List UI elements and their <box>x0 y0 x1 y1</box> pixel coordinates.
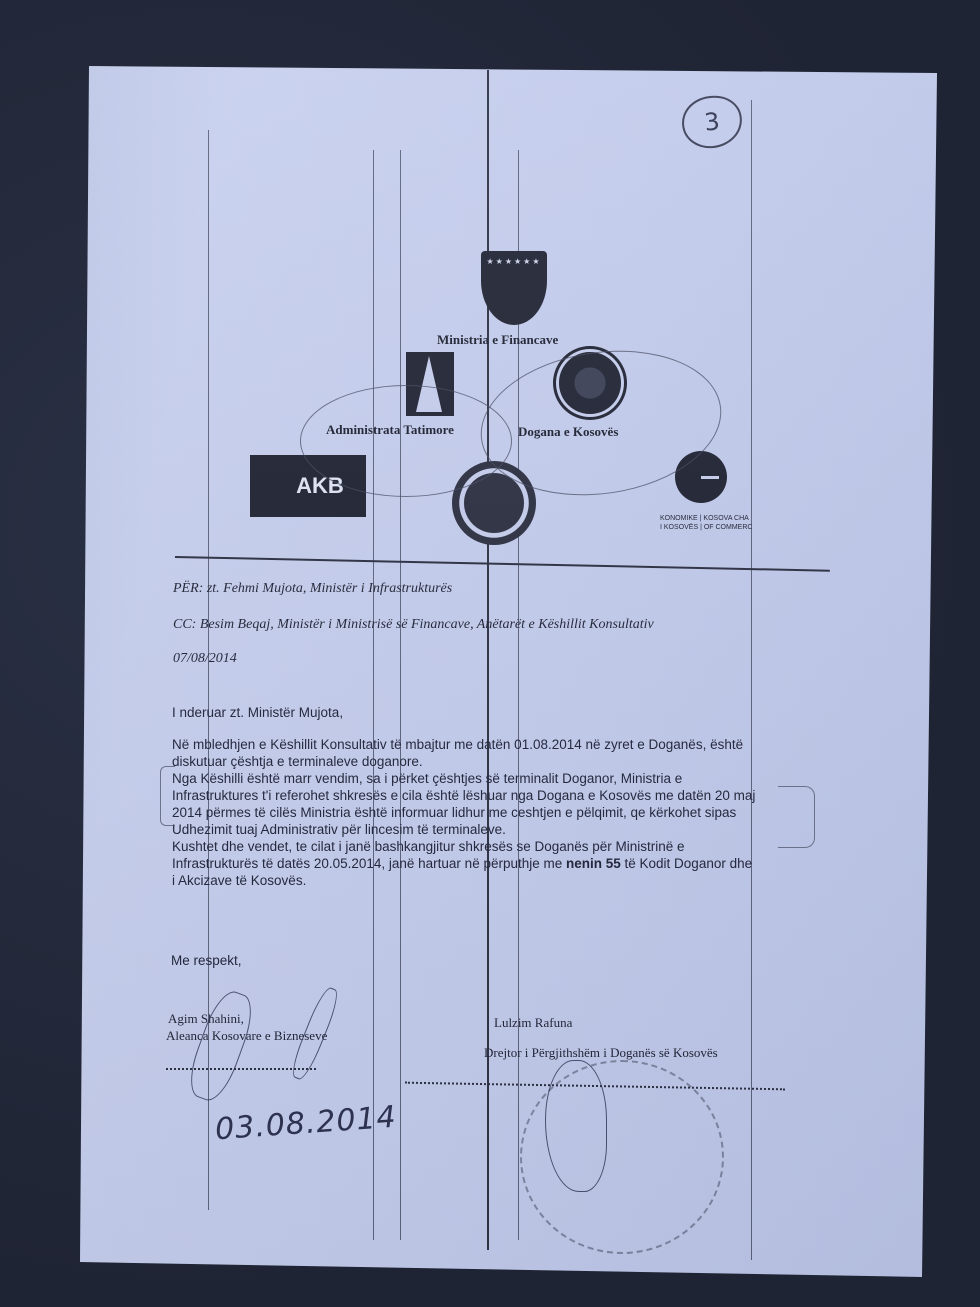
pen-loop <box>471 336 730 510</box>
signature-scribble <box>288 985 343 1082</box>
body-line: Kushtet dhe vendet, te cilat i janë bash… <box>172 838 685 855</box>
signature-scribble <box>182 986 260 1106</box>
scan-line <box>518 150 519 1240</box>
handwritten-date: 03.08.2014 <box>214 1100 398 1148</box>
cc-line: CC: Besim Beqaj, Ministër i Ministrisë s… <box>173 617 654 633</box>
document-page: 3 ★★★★★★ Ministria e Financave Administr… <box>0 0 980 1307</box>
recipient-line: PËR: zt. Fehmi Mujota, Ministër i Infras… <box>173 581 452 597</box>
chamber-caption: KONOMIKE | KOSOVA CHA I KOSOVËS | OF COM… <box>660 514 752 532</box>
signature-line <box>166 1068 316 1070</box>
pen-bracket <box>778 786 815 848</box>
signature-line <box>405 1082 785 1091</box>
page-number: 3 <box>679 93 744 151</box>
signatory-name: Lulzim Rafuna <box>494 1015 572 1031</box>
scan-line <box>208 130 209 1210</box>
kosovo-coat-of-arms-icon: ★★★★★★ <box>481 251 547 325</box>
letter-date: 07/08/2014 <box>173 651 237 667</box>
pen-bracket <box>160 766 175 826</box>
scan-line <box>400 150 401 1240</box>
article-reference: nenin 55 <box>566 856 621 871</box>
body-line: Infrastruktures t'i referohet shkresës e… <box>172 787 755 804</box>
pen-loop <box>300 385 512 497</box>
scan-line <box>373 150 374 1240</box>
body-line: Nga Këshilli është marr vendim, sa i për… <box>172 770 682 787</box>
header-divider <box>175 556 830 572</box>
signatory-name: Agim Shahini, <box>168 1011 244 1027</box>
scan-line <box>751 100 752 1260</box>
body-line: i Akcizave të Kosovës. <box>172 872 306 889</box>
akb-logo: AKB <box>250 455 366 517</box>
tax-administration-logo-icon <box>406 352 454 416</box>
body-line: Udhezimit tuaj Administrativ për lincesi… <box>172 821 506 838</box>
signatory-title: Aleanca Kosovare e Bizneseve <box>166 1028 327 1044</box>
amcham-seal-icon <box>452 461 536 545</box>
body-line: Në mbledhjen e Këshillit Konsultativ të … <box>172 736 743 753</box>
scan-line <box>487 70 489 1250</box>
closing: Me respekt, <box>171 952 242 969</box>
ministry-label: Ministria e Financave <box>437 332 558 348</box>
body-line: Infrastrukturës të datës 20.05.2014, jan… <box>172 855 752 872</box>
chamber-of-commerce-logo-icon <box>675 451 727 503</box>
body-line: diskutuar çështja e terminaleve doganore… <box>172 753 423 770</box>
customs-seal-icon <box>559 352 621 414</box>
body-line: 2014 përmes të cilës Ministria është inf… <box>172 804 736 821</box>
signature-scribble <box>545 1060 607 1192</box>
customs-label: Dogana e Kosovës <box>518 424 618 440</box>
tax-admin-label: Administrata Tatimore <box>326 422 454 438</box>
salutation: I nderuar zt. Ministër Mujota, <box>172 704 343 721</box>
signatory-title: Drejtor i Përgjithshëm i Doganës së Koso… <box>484 1045 718 1061</box>
official-stamp <box>520 1060 724 1254</box>
